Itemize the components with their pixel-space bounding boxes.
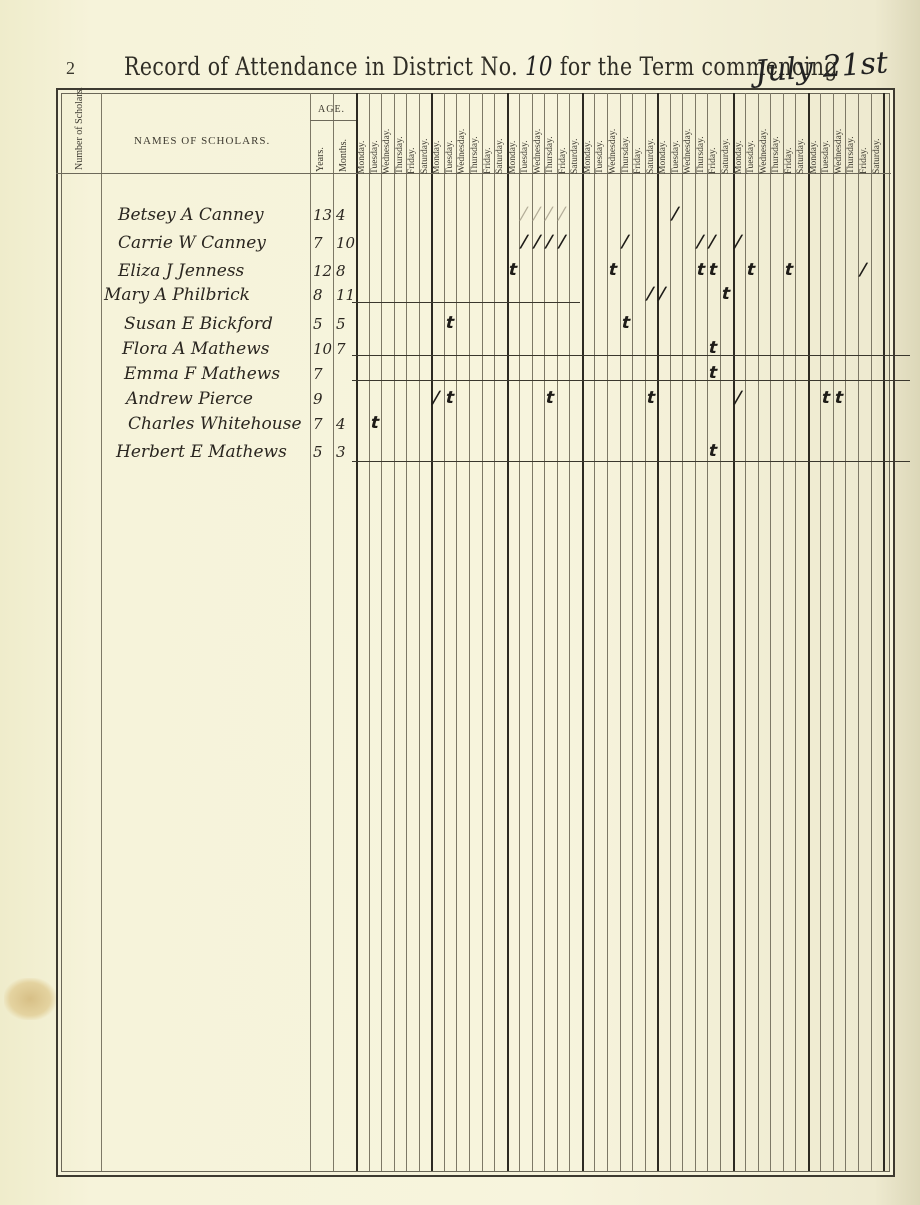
weekday-header: Friday. [859,100,871,174]
weekday-header: Wednesday. [759,100,771,174]
weekday-header: Saturday. [420,100,432,174]
age-years: 8 [313,286,323,304]
weekday-header: Friday. [708,100,720,174]
day-divider [682,93,683,1171]
weekday-header: Thursday. [470,100,482,174]
scholar-name: Betsey A Canney [118,205,264,225]
scholar-name: Charles Whitehouse [128,414,302,434]
weekday-header: Monday. [508,100,520,174]
row-rule [352,380,910,381]
age-years: 5 [313,315,323,333]
page-title: Record of Attendance in District No. 10 … [124,52,838,82]
weekday-header: Saturday. [495,100,507,174]
day-divider [833,93,834,1171]
age-months: 7 [336,340,346,358]
weekday-header: Tuesday. [671,100,683,174]
age-years: 7 [313,415,323,433]
age-months: 4 [336,206,346,224]
day-divider [482,93,483,1171]
weekday-header: Friday. [407,100,419,174]
day-divider [532,93,533,1171]
day-divider [745,93,746,1171]
day-divider [620,93,621,1171]
age-months: 5 [336,315,346,333]
weekday-header: Thursday. [696,100,708,174]
weekday-header: Wednesday. [683,100,695,174]
age-years: 13 [313,206,332,224]
weekday-header: Saturday. [796,100,808,174]
age-years: 7 [313,365,323,383]
row-rule [580,461,910,462]
week-divider [431,93,433,1171]
age-years: 12 [313,262,332,280]
day-divider [369,93,370,1171]
weekday-header: Thursday. [846,100,858,174]
weekday-header: Wednesday. [608,100,620,174]
weekday-header: Wednesday. [533,100,545,174]
week-divider [507,93,509,1171]
row-rule [352,355,910,356]
day-divider [720,93,721,1171]
weekday-header: Monday. [583,100,595,174]
day-divider [670,93,671,1171]
weekday-header: Saturday. [570,100,582,174]
day-divider [695,93,696,1171]
scholar-name: Carrie W Canney [118,233,266,253]
title-prefix: Record of Attendance in District No. [124,52,518,81]
day-divider [783,93,784,1171]
page-number: 2 [66,58,75,79]
age-months: 4 [336,415,346,433]
age-years: 7 [313,234,323,252]
weekday-header: Monday. [432,100,444,174]
weekday-header: Saturday. [872,100,884,174]
header-age: AGE. [318,104,345,115]
day-divider [858,93,859,1171]
day-divider [469,93,470,1171]
day-divider [519,93,520,1171]
weekday-header: Thursday. [771,100,783,174]
weekday-header: Thursday. [621,100,633,174]
day-divider [456,93,457,1171]
day-divider [758,93,759,1171]
scholar-name: Mary A Philbrick [104,285,250,305]
weekday-header: Monday. [809,100,821,174]
age-months: 3 [336,443,346,461]
header-months: Months. [338,128,349,172]
day-divider [820,93,821,1171]
week-divider [356,93,358,1171]
day-divider [845,93,846,1171]
weekday-header: Tuesday. [746,100,758,174]
weekday-header: Wednesday. [382,100,394,174]
header-names: NAMES OF SCHOLARS. [134,135,270,147]
age-underline [310,120,356,121]
day-divider [494,93,495,1171]
day-divider [632,93,633,1171]
week-divider [808,93,810,1171]
week-divider [582,93,584,1171]
weekday-header: Friday. [784,100,796,174]
day-divider [381,93,382,1171]
weekday-header: Friday. [558,100,570,174]
day-divider [544,93,545,1171]
scholar-name: Flora A Mathews [122,339,269,359]
weekday-header: Wednesday. [457,100,469,174]
column-divider [333,93,334,1171]
age-months: 8 [336,262,346,280]
day-divider [569,93,570,1171]
day-divider [419,93,420,1171]
weekday-header: Tuesday. [370,100,382,174]
weekday-header: Tuesday. [445,100,457,174]
scholar-name: Susan E Bickford [124,314,273,334]
day-divider [770,93,771,1171]
day-divider [871,93,872,1171]
day-divider [645,93,646,1171]
weekday-header: Wednesday. [834,100,846,174]
weekday-header: Tuesday. [520,100,532,174]
row-rule [352,302,580,303]
scholar-name: Herbert E Mathews [116,442,287,462]
row-rule [352,461,580,462]
weekday-header: Tuesday. [595,100,607,174]
weekday-header: Friday. [633,100,645,174]
day-divider [795,93,796,1171]
scholar-name: Andrew Pierce [126,389,253,409]
age-years: 10 [313,340,332,358]
scholar-name: Eliza J Jenness [118,261,244,281]
day-divider [707,93,708,1171]
day-divider [594,93,595,1171]
day-divider [557,93,558,1171]
age-years: 5 [313,443,323,461]
week-divider [657,93,659,1171]
weekday-header: Monday. [357,100,369,174]
column-divider [101,93,102,1171]
scholar-name: Emma F Mathews [124,364,280,384]
day-divider [444,93,445,1171]
district-number: 10 [525,52,553,82]
day-divider [406,93,407,1171]
weekday-header: Monday. [734,100,746,174]
weekday-header: Saturday. [721,100,733,174]
paper-stain [4,978,56,1020]
weekday-header: Thursday. [395,100,407,174]
weekday-header: Friday. [483,100,495,174]
header-number-of-scholars: Number of Scholars. [74,104,85,170]
column-divider [310,93,311,1171]
week-divider [883,93,885,1171]
header-years: Years. [315,140,326,172]
day-divider [394,93,395,1171]
weekday-header: Monday. [658,100,670,174]
weekday-header: Thursday. [545,100,557,174]
weekday-header: Saturday. [646,100,658,174]
age-years: 9 [313,390,323,408]
week-divider [733,93,735,1171]
age-months: 10 [336,234,355,252]
day-divider [607,93,608,1171]
weekday-header: Tuesday. [821,100,833,174]
